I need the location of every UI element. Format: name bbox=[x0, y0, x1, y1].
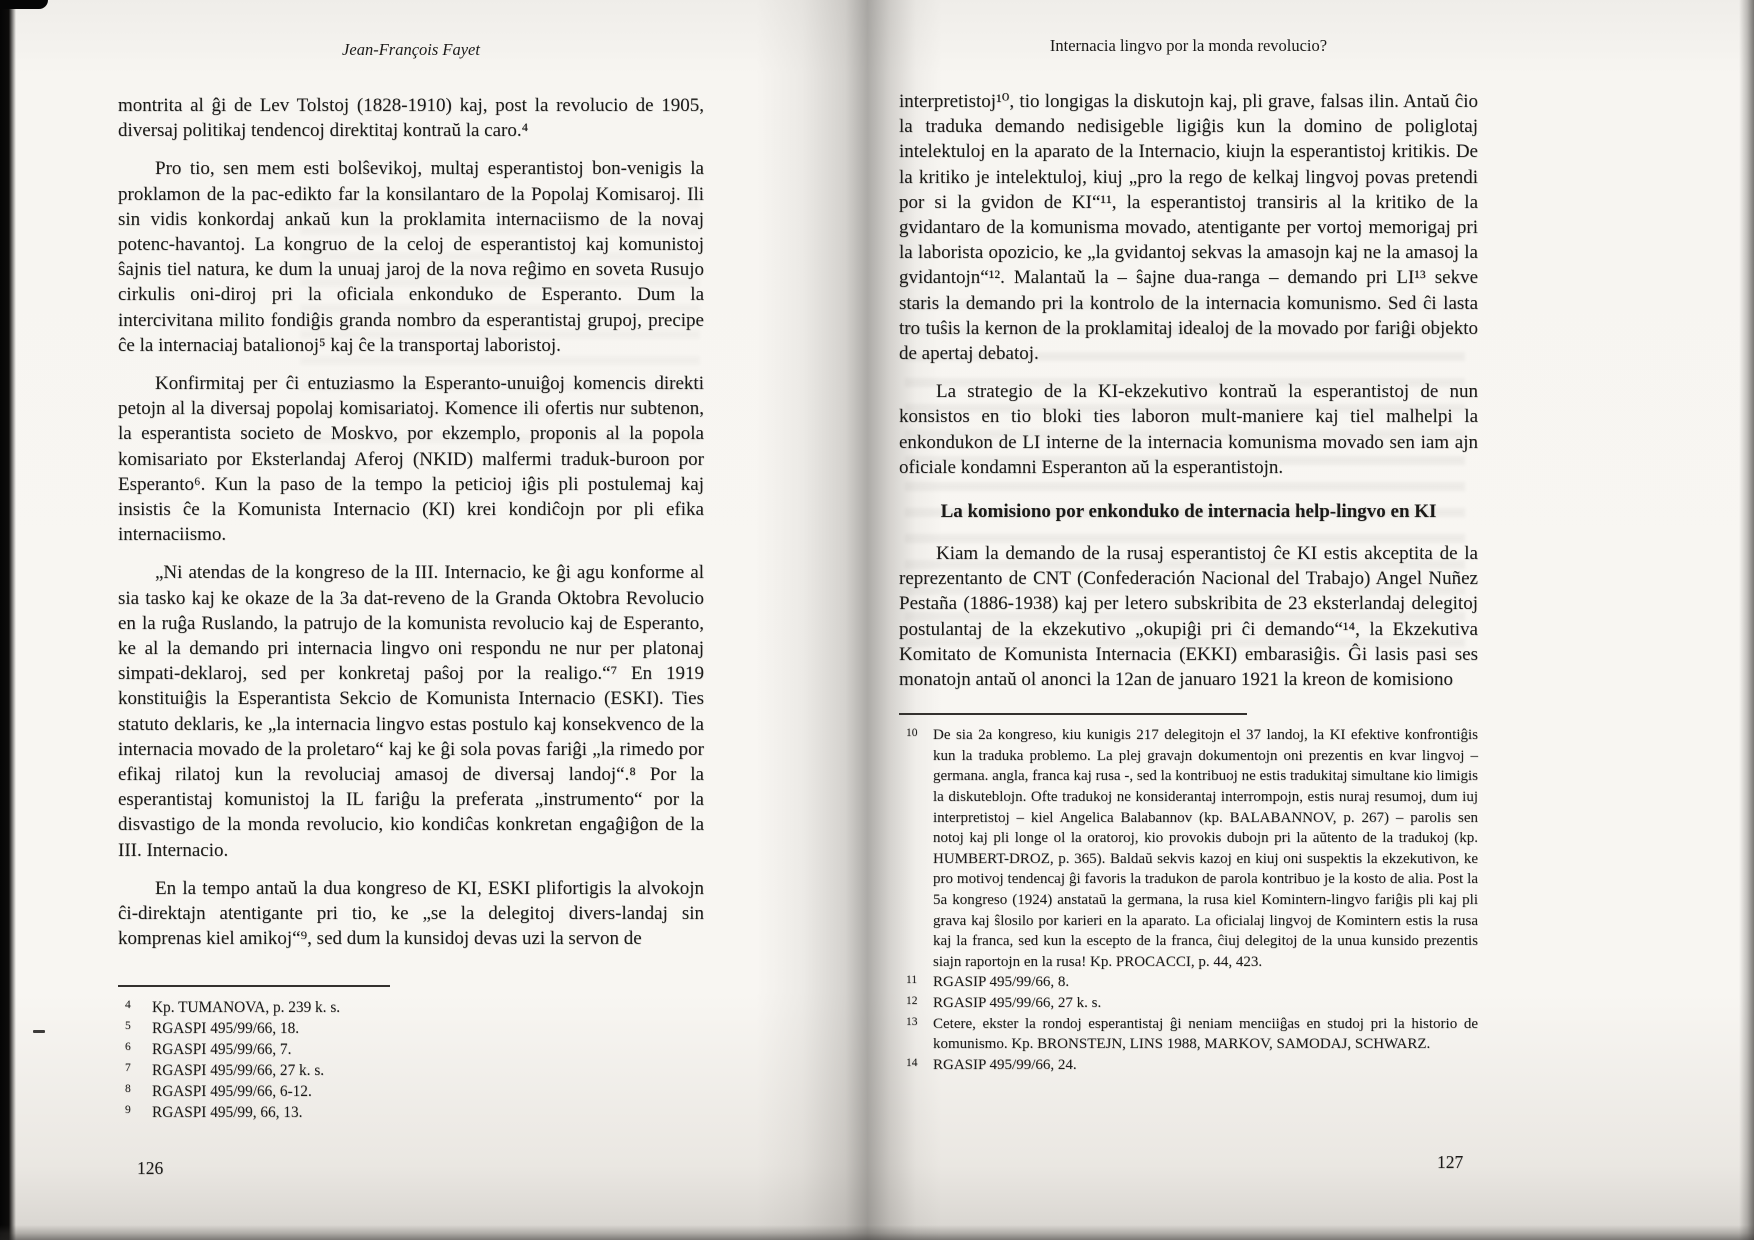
page-number-right: 127 bbox=[1437, 1152, 1463, 1173]
footnote-number: 9 bbox=[118, 1100, 152, 1121]
book-scan: Jean-François Fayet montrita al ĝi de Le… bbox=[0, 0, 1754, 1240]
footnote: 9 RGASPI 495/99, 66, 13. bbox=[118, 1102, 704, 1123]
footnote: 7 RGASPI 495/99/66, 27 k. s. bbox=[118, 1060, 704, 1081]
footnote: 13 Cetere, ekster la rondoj esperantista… bbox=[899, 1014, 1478, 1055]
section-heading: La komisiono por enkonduko de internacia… bbox=[899, 501, 1478, 523]
footnote-rule bbox=[899, 713, 1247, 715]
footnote-text: RGASIP 495/99/66, 8. bbox=[933, 972, 1478, 993]
footnote: 12 RGASIP 495/99/66, 27 k. s. bbox=[899, 993, 1478, 1014]
footnote-number: 12 bbox=[899, 991, 933, 1012]
footnote-text: RGASPI 495/99/66, 7. bbox=[152, 1039, 704, 1060]
footnote-number: 6 bbox=[118, 1037, 152, 1058]
footnote-text: RGASIP 495/99/66, 24. bbox=[933, 1055, 1478, 1076]
footnotes: 10 De sia 2a kongreso, kiu kunigis 217 d… bbox=[899, 725, 1478, 1075]
scan-edge-left bbox=[0, 0, 16, 1240]
page-number-left: 126 bbox=[137, 1158, 163, 1179]
footnote: 5 RGASPI 495/99/66, 18. bbox=[118, 1018, 704, 1039]
footnote-number: 14 bbox=[899, 1053, 933, 1074]
paragraph: interpretistoj¹⁰, tio longigas la diskut… bbox=[899, 89, 1478, 366]
scan-edge-bottom bbox=[0, 1225, 1754, 1240]
running-head-title: Internacia lingvo por la monda revolucio… bbox=[899, 36, 1478, 56]
scan-edge-right bbox=[1739, 0, 1754, 1240]
scan-artifact-dash bbox=[33, 1030, 45, 1033]
footnote-number: 7 bbox=[118, 1058, 152, 1079]
footnote: 10 De sia 2a kongreso, kiu kunigis 217 d… bbox=[899, 725, 1478, 972]
footnote-text: RGASIP 495/99/66, 27 k. s. bbox=[933, 993, 1478, 1014]
footnote-text: De sia 2a kongreso, kiu kunigis 217 dele… bbox=[933, 725, 1478, 972]
page-right: Internacia lingvo por la monda revolucio… bbox=[899, 36, 1478, 1075]
paragraph: „Ni atendas de la kongreso de la III. In… bbox=[118, 560, 704, 862]
footnote-rule bbox=[118, 985, 390, 987]
paragraph: montrita al ĝi de Lev Tolstoj (1828-1910… bbox=[118, 93, 704, 143]
page-left: Jean-François Fayet montrita al ĝi de Le… bbox=[118, 40, 704, 1123]
paragraph: En la tempo antaŭ la dua kongreso de KI,… bbox=[118, 876, 704, 952]
footnote: 8 RGASPI 495/99/66, 6-12. bbox=[118, 1081, 704, 1102]
paragraph: Konfirmitaj per ĉi entuziasmo la Esperan… bbox=[118, 371, 704, 547]
footnote-number: 11 bbox=[899, 970, 933, 991]
footnote: 11 RGASIP 495/99/66, 8. bbox=[899, 972, 1478, 993]
footnote: 4 Kp. TUMANOVA, p. 239 k. s. bbox=[118, 997, 704, 1018]
running-head-author: Jean-François Fayet bbox=[118, 40, 704, 60]
footnote: 6 RGASPI 495/99/66, 7. bbox=[118, 1039, 704, 1060]
footnote-text: RGASPI 495/99/66, 27 k. s. bbox=[152, 1060, 704, 1081]
footnote-number: 5 bbox=[118, 1016, 152, 1037]
paragraph: La strategio de la KI-ekzekutivo kontraŭ… bbox=[899, 379, 1478, 480]
footnote-text: Kp. TUMANOVA, p. 239 k. s. bbox=[152, 997, 704, 1018]
footnote: 14 RGASIP 495/99/66, 24. bbox=[899, 1055, 1478, 1076]
footnotes: 4 Kp. TUMANOVA, p. 239 k. s. 5 RGASPI 49… bbox=[118, 997, 704, 1123]
footnote-number: 4 bbox=[118, 995, 152, 1016]
footnote-number: 13 bbox=[899, 1012, 933, 1053]
footnote-text: Cetere, ekster la rondoj esperantistaj ĝ… bbox=[933, 1014, 1478, 1055]
footnote-number: 10 bbox=[899, 723, 933, 970]
paragraph: Kiam la demando de la rusaj esperantisto… bbox=[899, 541, 1478, 692]
scan-corner-top-left bbox=[0, 0, 48, 9]
paragraph: Pro tio, sen mem esti bolŝevikoj, multaj… bbox=[118, 156, 704, 358]
footnote-number: 8 bbox=[118, 1079, 152, 1100]
footnote-text: RGASPI 495/99, 66, 13. bbox=[152, 1102, 704, 1123]
footnote-text: RGASPI 495/99/66, 18. bbox=[152, 1018, 704, 1039]
footnote-text: RGASPI 495/99/66, 6-12. bbox=[152, 1081, 704, 1102]
